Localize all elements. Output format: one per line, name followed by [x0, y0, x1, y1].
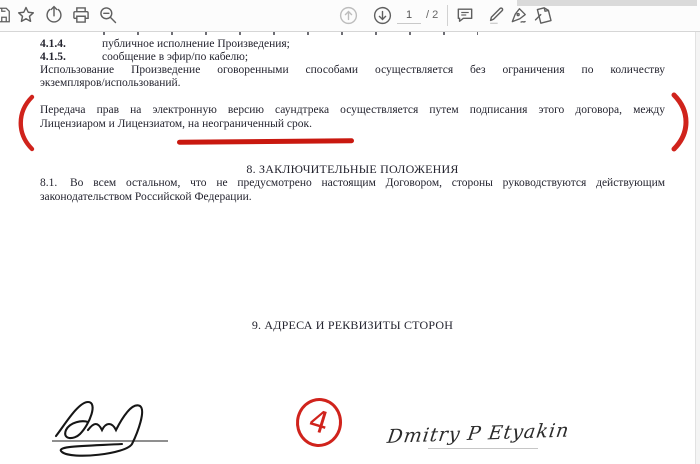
usage-paragraph-line1: Использование Произведение оговоренными … — [40, 64, 665, 77]
zoom-out-icon — [98, 5, 118, 25]
pdf-page: 4.1.4.публичное исполнение Произведения;… — [0, 31, 700, 464]
clipped-text-line — [103, 32, 478, 35]
red-underline-annotation — [177, 138, 354, 145]
page-up-button[interactable] — [336, 3, 360, 27]
annotation-number: 4 — [305, 405, 332, 439]
pencil-icon — [486, 5, 506, 25]
transfer-paragraph-line1: Передача прав на электронную версию саун… — [40, 103, 665, 117]
fountain-pen-icon — [509, 5, 529, 25]
comment-button[interactable] — [453, 3, 477, 27]
licensor-signature — [42, 390, 202, 464]
window-corner-tab — [517, 0, 697, 6]
red-open-parenthesis-annotation — [10, 94, 36, 152]
upload-button[interactable] — [42, 3, 66, 27]
sign-button[interactable] — [507, 3, 531, 27]
clause-text: сообщение в эфир/по кабелю; — [102, 51, 248, 63]
page-total-label: / 2 — [426, 9, 438, 21]
bookmark-button[interactable] — [14, 3, 38, 27]
zoom-out-button[interactable] — [96, 3, 120, 27]
red-close-parenthesis-annotation — [668, 92, 696, 152]
page-number-input[interactable] — [397, 6, 421, 24]
page-down-button[interactable] — [370, 3, 394, 27]
clause-number: 8.1. — [40, 176, 70, 190]
arrow-down-circle-icon — [372, 5, 393, 26]
comment-icon — [455, 5, 475, 25]
star-icon — [16, 5, 36, 25]
clause-text: публичное исполнение Произведения; — [102, 38, 290, 50]
clause-number: 4.1.5. — [40, 51, 102, 64]
clause-8-1-line1: 8.1.Во всем остальном, что не предусмотр… — [40, 176, 665, 190]
scrollbar-track[interactable] — [695, 0, 700, 464]
highlight-button[interactable] — [484, 3, 508, 27]
clause-8-1-line2: законодательством Российской Федерации. — [40, 190, 665, 204]
stamp-icon — [532, 5, 553, 26]
printer-icon — [71, 5, 91, 25]
fill-sign-button[interactable] — [530, 3, 554, 27]
clause-4-1-4: 4.1.4.публичное исполнение Произведения; — [40, 38, 665, 51]
clause-4-1-5: 4.1.5.сообщение в эфир/по кабелю; — [40, 51, 665, 64]
usage-paragraph-line2: экземпляров/использований. — [40, 77, 665, 90]
clause-number: 4.1.4. — [40, 38, 102, 51]
section-8-heading: 8. ЗАКЛЮЧИТЕЛЬНЫЕ ПОЛОЖЕНИЯ — [40, 162, 665, 177]
toolbar-separator — [447, 5, 448, 26]
arrow-up-circle-icon — [338, 5, 359, 26]
section-9-heading: 9. АДРЕСА И РЕКВИЗИТЫ СТОРОН — [40, 318, 665, 333]
signature-line-right — [428, 448, 538, 449]
print-button[interactable] — [69, 3, 93, 27]
circled-number-annotation: 4 — [294, 396, 345, 450]
save-file-icon — [0, 6, 13, 24]
transfer-paragraph-line2: Лицензиаром и Лицензиатом, на неограниче… — [40, 117, 665, 131]
licensee-signature: Dmitry P Etyakin — [386, 418, 610, 448]
upload-icon — [44, 5, 64, 25]
clause-text: Во всем остальном, что не предусмотрено … — [70, 177, 665, 189]
